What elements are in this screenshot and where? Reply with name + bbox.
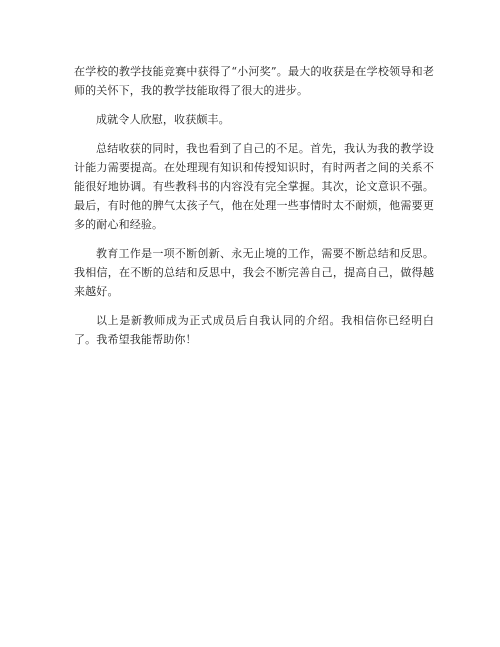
document-page: 在学校的教学技能竞赛中获得了“小河奖”。最大的收获是在学校领导和老师的关怀下，我…	[74, 62, 434, 359]
paragraph-shortcomings: 总结收获的同时，我也看到了自己的不足。首先，我认为我的教学设计能力需要提高。在处…	[74, 139, 434, 234]
paragraph-achievement: 在学校的教学技能竞赛中获得了“小河奖”。最大的收获是在学校领导和老师的关怀下，我…	[74, 62, 434, 100]
paragraph-reflection: 教育工作是一项不断创新、永无止境的工作，需要不断总结和反思。我相信，在不断的总结…	[74, 244, 434, 301]
paragraph-conclusion: 以上是新教师成为正式成员后自我认同的介绍。我相信你已经明白了。我希望我能帮助你！	[74, 311, 434, 349]
paragraph-summary: 成就令人欣慰，收获颇丰。	[74, 110, 434, 129]
